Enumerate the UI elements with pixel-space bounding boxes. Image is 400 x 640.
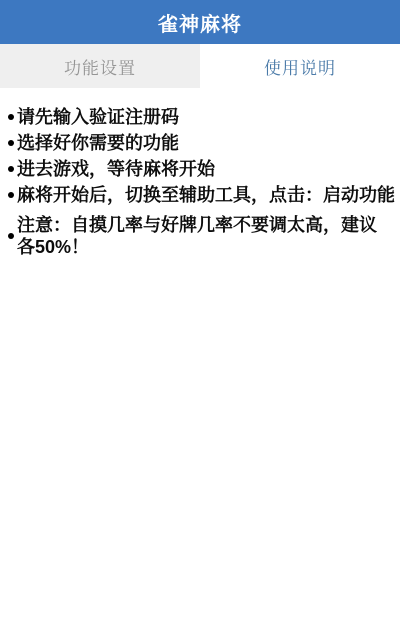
instruction-item: 注意：自摸几率与好牌几率不要调太高，建议 各50%！: [8, 214, 392, 258]
instructions-panel: 请先输入验证注册码 选择好你需要的功能 进去游戏，等待麻将开始 麻将开始后，切换…: [0, 88, 400, 258]
tab-function-settings-label: 功能设置: [64, 54, 136, 79]
bullet-icon: [8, 140, 14, 146]
instruction-line: 注意：自摸几率与好牌几率不要调太高，建议: [17, 214, 377, 236]
instruction-item: 麻将开始后，切换至辅助工具，点击：启动功能: [8, 182, 392, 208]
instruction-line: 选择好你需要的功能: [17, 130, 179, 156]
tab-bar: 功能设置 使用说明: [0, 44, 400, 88]
instruction-item: 选择好你需要的功能: [8, 130, 392, 156]
instruction-line: 请先输入验证注册码: [17, 104, 179, 130]
app-screen: 雀神麻将 功能设置 使用说明 请先输入验证注册码 选择好你需要的功能 进去游戏，…: [0, 0, 400, 640]
app-header: 雀神麻将: [0, 0, 400, 44]
tab-usage-instructions[interactable]: 使用说明: [200, 44, 400, 88]
instruction-item: 进去游戏，等待麻将开始: [8, 156, 392, 182]
app-title: 雀神麻将: [158, 8, 242, 37]
instruction-item: 请先输入验证注册码: [8, 104, 392, 130]
instruction-line: 各50%！: [17, 236, 377, 258]
tab-usage-instructions-label: 使用说明: [264, 54, 336, 79]
instruction-text: 注意：自摸几率与好牌几率不要调太高，建议 各50%！: [17, 214, 377, 258]
tab-function-settings[interactable]: 功能设置: [0, 44, 200, 88]
bullet-icon: [8, 233, 14, 239]
instruction-line: 麻将开始后，切换至辅助工具，点击：启动功能: [17, 182, 392, 208]
instruction-text: 请先输入验证注册码: [17, 104, 179, 130]
bullet-icon: [8, 114, 14, 120]
bullet-icon: [8, 192, 14, 198]
instruction-text: 选择好你需要的功能: [17, 130, 179, 156]
instruction-text: 进去游戏，等待麻将开始: [17, 156, 215, 182]
instruction-text: 麻将开始后，切换至辅助工具，点击：启动功能: [17, 182, 392, 208]
instruction-line: 进去游戏，等待麻将开始: [17, 156, 215, 182]
bullet-icon: [8, 166, 14, 172]
